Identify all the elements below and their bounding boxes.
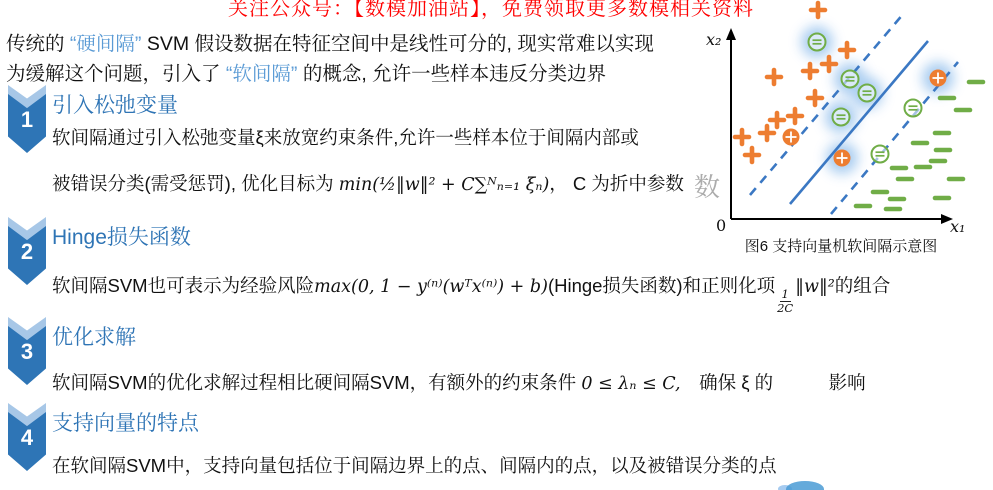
intro-line-2: 为缓解这个问题，引入了 “软间隔” 的概念, 允许一些样本违反分类边界 [6,58,606,86]
x-axis-label: x₁ [950,217,965,233]
origin-label: 0 [716,216,726,233]
section-1-number: 1 [8,107,46,133]
objective-formula: min(½‖w‖² + C∑ᴺₙ₌₁ ξₙ) [339,175,550,195]
section-4-badge: 4 [8,403,46,471]
intro-line-1-post: SVM 假设数据在特征空间中是线性可分的, 现实常难以实现 [141,33,653,55]
section-2-body-mid: (Hinge损失函数)和正则化项 [548,275,775,296]
y-axis-label: x₂ [706,30,721,49]
section-4-title: 支持向量的特点 [52,407,199,437]
section-2-title: Hinge损失函数 [52,221,191,251]
intro-line-1-pre: 传统的 [6,33,70,55]
section-2-badge: 2 [8,217,46,285]
section-3-badge: 3 [8,317,46,385]
section-2-body: 软间隔SVM也可表示为经验风险max(0, 1 − y⁽ⁿ⁾(wᵀx⁽ⁿ⁾) +… [52,272,890,314]
section-2-body-pre: 软间隔SVM也可表示为经验风险 [52,275,314,296]
norm-term: ‖w‖² [795,277,835,297]
promo-banner: 关注公众号：【数模加油站】，免费领取更多数模相关资料 [228,0,754,21]
fraction-denominator: 2C [777,302,793,315]
intro-line-1: 传统的 “硬间隔” SVM 假设数据在特征空间中是线性可分的, 现实常难以实现 [6,28,654,56]
soft-margin-term: “软间隔” [226,63,298,85]
section-1-line-2-post: ， C 为折中参数 [549,173,684,194]
section-3-body: 软间隔SVM的优化求解过程相比硬间隔SVM，有额外的约束条件 0 ≤ λₙ ≤ … [52,369,866,395]
section-4-number: 4 [8,425,46,451]
section-1-line-2: 被错误分类(需受惩罚), 优化目标为 min(½‖w‖² + C∑ᴺₙ₌₁ ξₙ… [52,170,684,196]
intro-line-2-pre: 为缓解这个问题，引入了 [6,63,226,85]
section-2-number: 2 [8,239,46,265]
section-1-title: 引入松弛变量 [52,89,178,119]
svm-plot: x₂ x₁ 0 [700,0,993,233]
fraction-numerator: 1 [780,288,791,302]
section-3-number: 3 [8,339,46,365]
section-3-title: 优化求解 [52,321,136,351]
decoration-blob-icon [786,481,824,490]
intro-line-2-post: 的概念, 允许一些样本违反分类边界 [297,63,606,85]
hinge-loss-formula: max(0, 1 − y⁽ⁿ⁾(wᵀx⁽ⁿ⁾) + b) [314,277,548,297]
section-1-line-1: 软间隔通过引入松弛变量ξ来放宽约束条件,允许一些样本位于间隔内部或 [52,124,639,150]
hard-margin-term: “硬间隔” [70,33,142,55]
section-4-body: 在软间隔SVM中，支持向量包括位于间隔边界上的点、间隔内的点，以及被错误分类的点 [52,452,777,478]
figure-caption: 图6 支持向量机软间隔示意图 [700,235,982,256]
regularizer-fraction: 12C [777,288,793,314]
section-3-body-post: 确保 ξ 的 影响 [681,372,866,393]
constraint-formula: 0 ≤ λₙ ≤ C, [581,374,680,394]
section-1-badge: 1 [8,85,46,153]
section-2-body-post: 的组合 [835,275,891,296]
section-3-body-pre: 软间隔SVM的优化求解过程相比硬间隔SVM，有额外的约束条件 [52,372,581,393]
section-1-line-2-pre: 被错误分类(需受惩罚), 优化目标为 [52,173,339,194]
